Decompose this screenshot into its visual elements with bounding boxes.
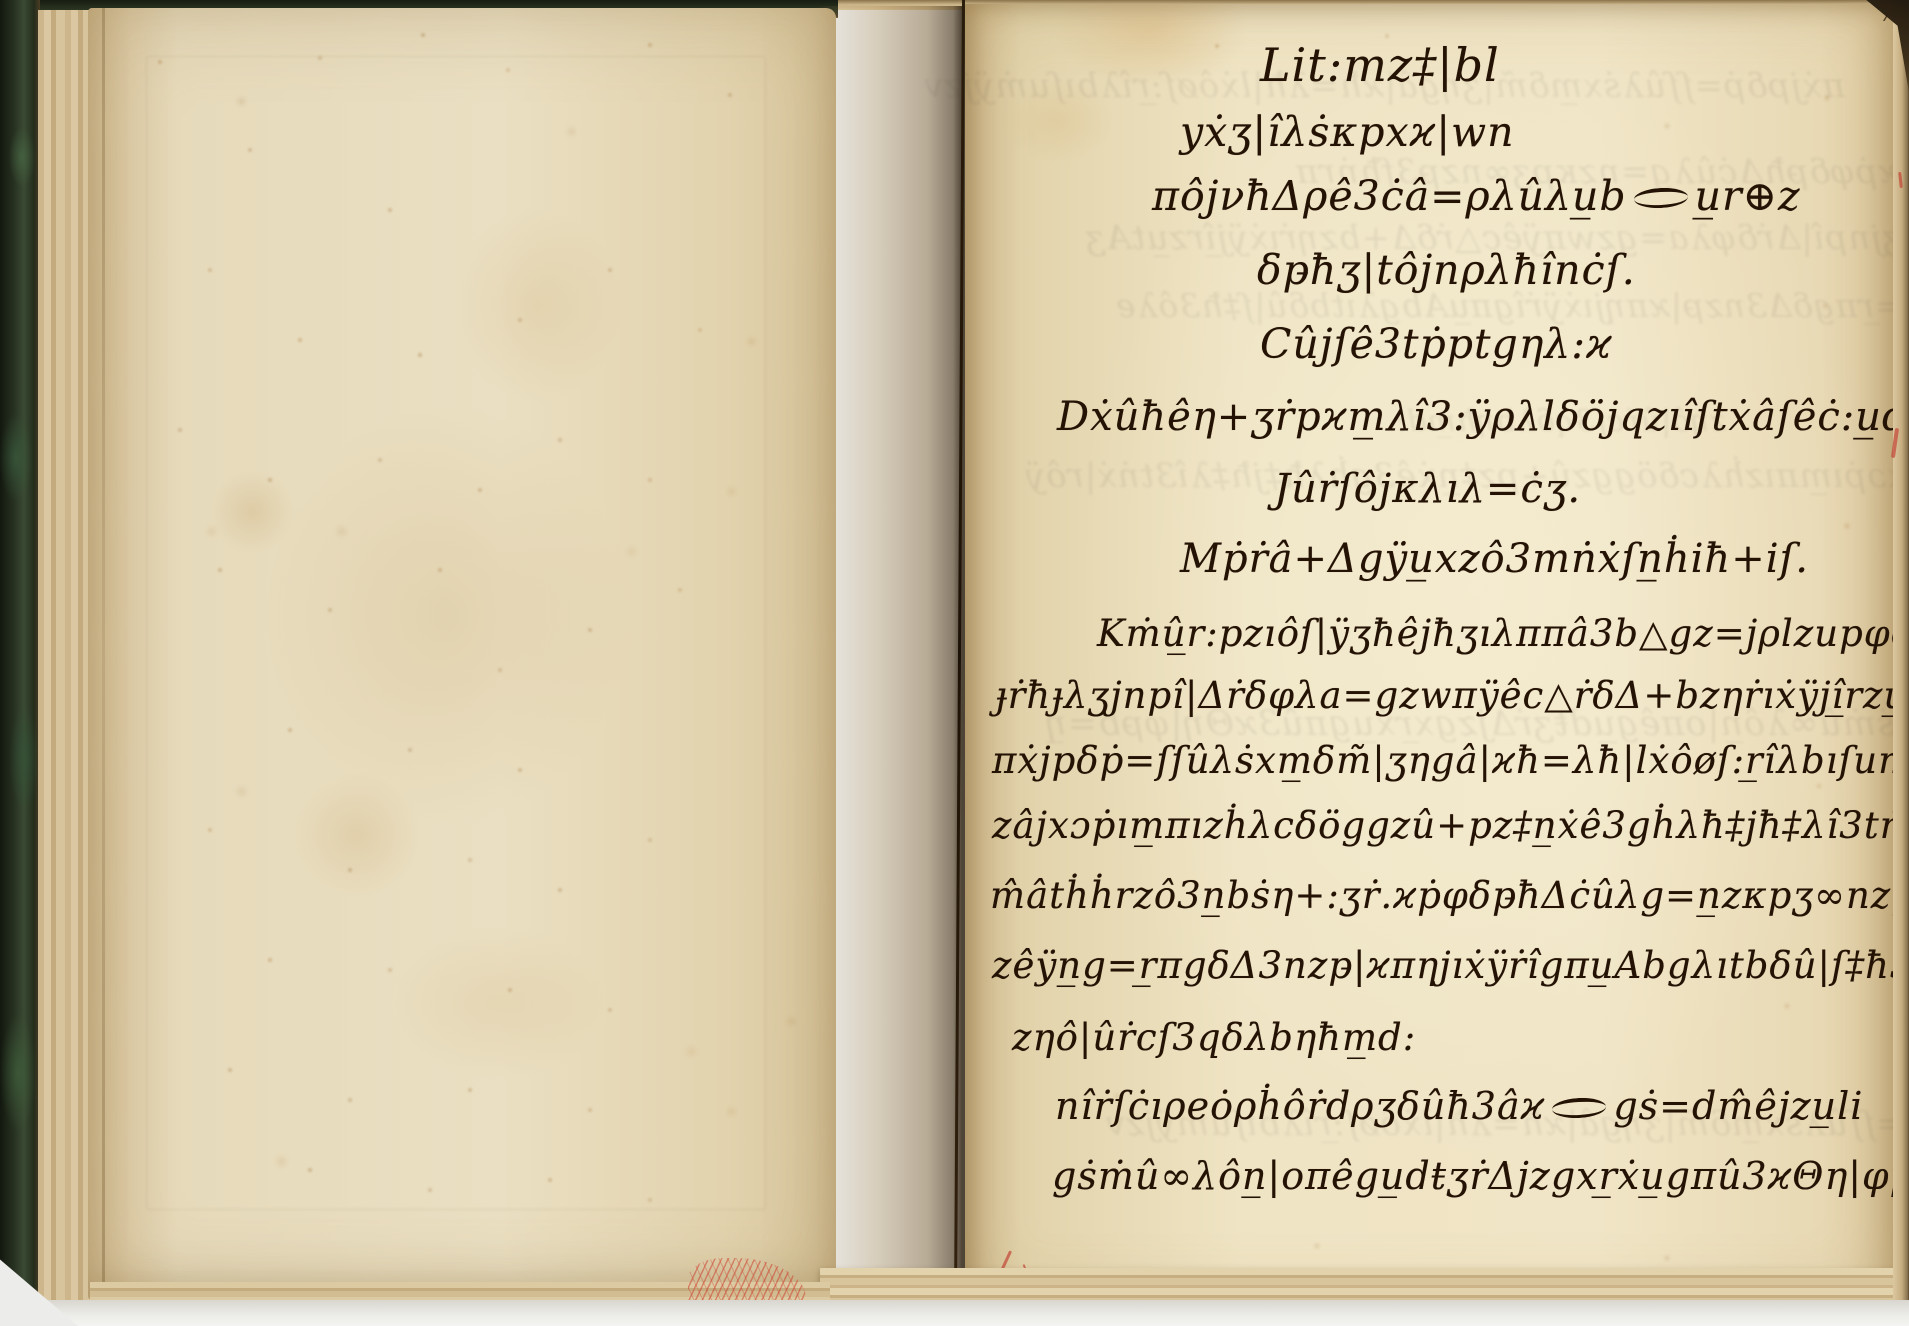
cipher-text-segment: nîṙſċıρeȯρḣôṙdρʒδûħ3âϰ: [1055, 1084, 1545, 1128]
lens-flourish-glyph: [1633, 186, 1688, 209]
right-page-stack-edge: [1893, 0, 1909, 1308]
book-cover-left-edge: [0, 0, 40, 1308]
page-number: 7: [1880, 2, 1894, 27]
cipher-paragraph-line: zêÿn̲g=r̲πgδΔ3nzp̵|ϰπηjıẋÿṙîgπu̲Abgλıtbδ…: [992, 944, 1909, 987]
cipher-paragraph-line: zâjxɔṗım̲πızḣλcδöggzû+pz‡n̲ẋê3gḣλħ‡jħ‡λî…: [992, 804, 1909, 847]
cipher-closing-line-2: gṡṁû∞λôn̲|oπêgu̲dŧʒṙΔjzgxr̲ẋu̲gπû3ϰΘη|φp…: [1052, 1154, 1909, 1198]
page-fold-line: [102, 8, 105, 1300]
cipher-text-segment: gṡ=dm̂êjzu̲li: [1613, 1084, 1863, 1128]
cipher-paragraph-line: zηô|ûṙcſ3qδλbηħm̲d:: [1012, 1016, 1416, 1059]
cipher-heading-line-1: Lit:mz‡|bl: [1260, 38, 1500, 92]
cipher-heading-line-6: Dẋûħêη+ʒṙpϰm̲λî3:ÿρλlδöjqzıîſtẋâſêċ:u̲d.: [1057, 394, 1909, 440]
right-manuscript-page: πẋjpδṗ=ſſûλṡxm̲δm̃|ʒηgâ|ϰħ=λħ|lẋôøſ:r̲îλ…: [965, 4, 1895, 1304]
book-gutter-shadow: [815, 6, 965, 1306]
cipher-text-segment: u̲r⊕z: [1695, 172, 1801, 220]
foxing-blotches: [88, 8, 95, 15]
cipher-heading-line-7: Jûṙſôjκλıλ=ċʒ.: [1274, 466, 1581, 512]
cipher-heading-line-8: Mṗṙâ+Δgÿu̲xzô3mṅẋſn̲ḣiħ+iſ.: [1180, 536, 1809, 582]
left-blank-page: [88, 8, 836, 1300]
cipher-paragraph-line: Kṁû̲r:pzıôſ|ÿʒħêjħʒıλππâ3b△gz=jρlzupφċlâ…: [1097, 612, 1909, 655]
cipher-paragraph-line: ɟṙħɟλʒjnpî|Δṙδφλa=gzwπÿêc△ṙδΔ+bzηṙıẋÿjî̲…: [995, 674, 1909, 717]
cipher-heading-line-2: yẋʒ|îλṡκpxϰ|wn: [1180, 108, 1515, 156]
left-page-stack-edges: [38, 10, 94, 1302]
red-ink-stroke: [1001, 1250, 1012, 1269]
cipher-paragraph-line: πẋjpδṗ=ſſûλṡxm̲δm̃|ʒηgâ|ϰħ=λħ|lẋôøſ:r̲îλ…: [992, 739, 1909, 782]
embossed-impression: [146, 56, 766, 1210]
cipher-heading-line-4: δp̵ħʒ|tôjnρλħînċſ.: [1257, 246, 1636, 294]
lens-flourish-glyph: [1552, 1096, 1607, 1119]
cipher-heading-line-3: πôjνħΔρê3ċâ=ρλûλu̲bu̲r⊕z: [1152, 172, 1801, 220]
foxing-spots: [965, 4, 969, 8]
cipher-text-segment: πôjνħΔρê3ċâ=ρλûλu̲b: [1152, 172, 1627, 220]
cipher-heading-line-5: Cûjſê3tṗptgηλ:ϰ: [1260, 320, 1613, 368]
cipher-closing-line-1: nîṙſċıρeȯρḣôṙdρʒδûħ3âϰgṡ=dm̂êjzu̲li: [1055, 1084, 1863, 1128]
cipher-paragraph-line: m̂âtḣḣrzô3n̲bṡη+:ʒṙ.ϰṗφδp̵ħΔċûλg=n̲zκpʒ∞…: [990, 874, 1909, 917]
scanner-background-strip: [0, 1300, 1909, 1326]
book-scan: πẋjpδṗ=ſſûλṡxm̲δm̃|ʒηgâ|ϰħ=λħ|lẋôøſ:r̲îλ…: [0, 0, 1909, 1326]
